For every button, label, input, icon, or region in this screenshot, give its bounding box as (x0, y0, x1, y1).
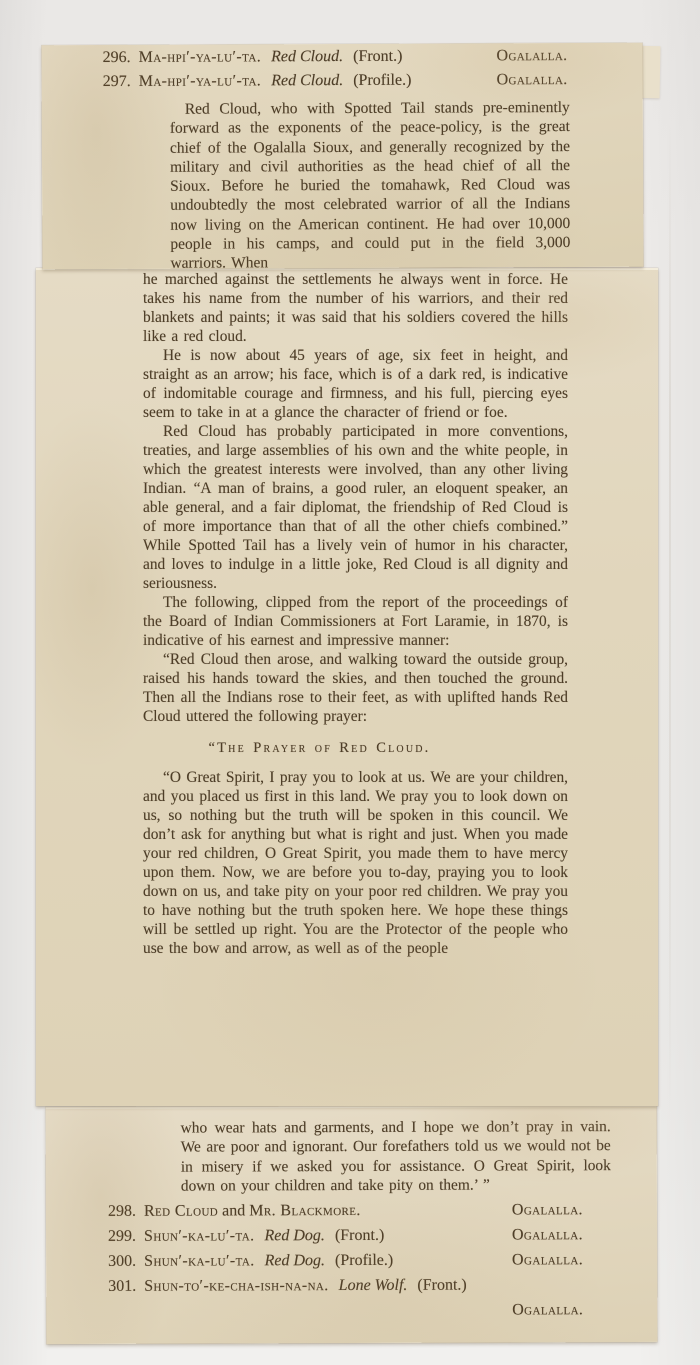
entry-name: Red Dog. (265, 1252, 325, 1269)
entry-pronunciation: Ma-hpi′-ya-lu′-ta. (139, 72, 262, 90)
photographed-catalog-page: 296.Ma-hpi′-ya-lu′-ta.Red Cloud.(Front.)… (0, 0, 700, 1365)
entry-name: Red Cloud. (271, 48, 343, 65)
entry-number: 299. (108, 1226, 144, 1245)
entry-number: 301. (108, 1276, 144, 1295)
entry-number: 296. (103, 48, 139, 67)
entry-joiner: and (218, 1202, 249, 1219)
entry-view: (Front.) (353, 48, 402, 65)
catalog-entry-299: 299.Shun′-ka-lu′-ta.Red Dog.(Front.) Oga… (108, 1225, 583, 1246)
entry-view: (Profile.) (353, 72, 411, 89)
entry-tribe-wrapped-line: Ogalalla. (108, 1300, 583, 1321)
paragraph-prayer: “O Great Spirit, I pray you to look at u… (143, 768, 568, 958)
paragraph-commissioners-report: The following, clipped from the report o… (143, 593, 568, 650)
paragraph-appearance: He is now about 45 years of age, six fee… (143, 346, 568, 422)
paragraph-red-cloud-arose: “Red Cloud then arose, and walking towar… (143, 650, 568, 726)
entry-pronunciation: Shun′-ka-lu′-ta. (144, 1227, 255, 1244)
entry-pronunciation: Shun-to′-ke-cha-ish-na-na. (144, 1277, 329, 1295)
catalog-entries-bottom: 298.Red Cloud and Mr. Blackmore. Ogalall… (108, 1200, 583, 1321)
prayer-heading: “The Prayer of Red Cloud. (143, 739, 568, 758)
entry-tribe: Ogalalla. (497, 70, 568, 89)
entry-tribe: Ogalalla. (496, 46, 567, 65)
entry-tribe: Ogalalla. (512, 1200, 583, 1219)
catalog-entry-296: 296.Ma-hpi′-ya-lu′-ta.Red Cloud.(Front.)… (103, 46, 568, 67)
entry-number: 298. (108, 1201, 144, 1220)
entry-view: (Front.) (335, 1227, 384, 1244)
entry-view: (Profile.) (335, 1251, 393, 1268)
entry-name: Red Cloud. (271, 72, 343, 89)
entry-name: Lone Wolf. (339, 1276, 408, 1293)
entry-name: Red Dog. (264, 1227, 324, 1244)
entry-tribe: Ogalalla. (512, 1250, 583, 1269)
paragraph-prayer-continued: who wear hats and garments, and I hope w… (181, 1117, 611, 1196)
entry-view: (Front.) (417, 1276, 466, 1293)
catalog-entry-300: 300.Shun′-ka-lu′-ta.Red Dog.(Profile.) O… (108, 1250, 583, 1271)
entry-name-b: Mr. Blackmore. (249, 1202, 361, 1219)
clipping-strip-top: 296.Ma-hpi′-ya-lu′-ta.Red Cloud.(Front.)… (42, 43, 644, 270)
entry-tribe: Ogalalla. (512, 1225, 583, 1244)
catalog-entry-301: 301.Shun-to′-ke-cha-ish-na-na.Lone Wolf.… (108, 1275, 583, 1296)
paragraph-conventions: Red Cloud has probably participated in m… (143, 422, 568, 593)
clipping-strip-bottom: who wear hats and garments, and I hope w… (46, 1105, 658, 1344)
description-text-top: Red Cloud, who with Spotted Tail stands … (170, 98, 571, 269)
paragraph-red-cloud-intro: Red Cloud, who with Spotted Tail stands … (170, 98, 571, 269)
catalog-entry-298: 298.Red Cloud and Mr. Blackmore. Ogalall… (108, 1200, 583, 1221)
entry-number: 297. (103, 72, 139, 91)
catalog-entry-297: 297.Ma-hpi′-ya-lu′-ta.Red Cloud.(Profile… (103, 70, 568, 91)
description-text-middle: he marched against the settlements he al… (143, 270, 568, 958)
catalog-entries-top: 296.Ma-hpi′-ya-lu′-ta.Red Cloud.(Front.)… (103, 46, 568, 91)
entry-pronunciation: Ma-hpi′-ya-lu′-ta. (139, 48, 262, 66)
entry-name-a: Red Cloud (144, 1202, 218, 1219)
clipping-strip-middle: he marched against the settlements he al… (36, 268, 658, 1106)
background-crease (669, 120, 671, 1120)
entry-pronunciation: Shun′-ka-lu′-ta. (144, 1252, 255, 1269)
paragraph-intro-continued: he marched against the settlements he al… (143, 270, 568, 346)
entry-number: 300. (108, 1251, 144, 1270)
prayer-text-end: who wear hats and garments, and I hope w… (181, 1117, 611, 1196)
